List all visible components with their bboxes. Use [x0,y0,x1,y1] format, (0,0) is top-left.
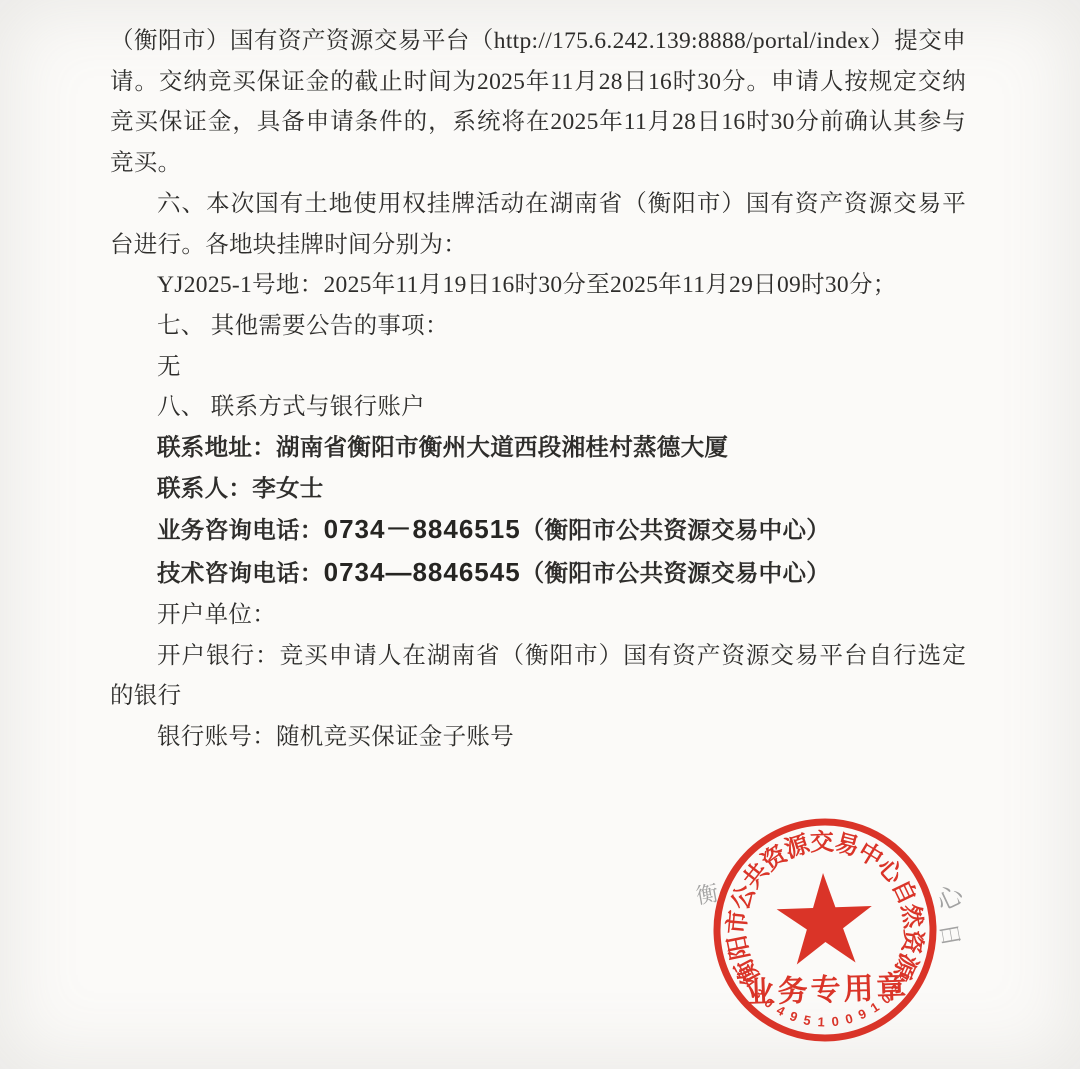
svg-text:9: 9 [788,1008,800,1025]
paragraph-contact-address: 联系地址：湖南省衡阳市衡州大道西段湘桂村蒸德大厦 [110,428,966,469]
business-phone-note: （衡阳市公共资源交易中心） [521,518,830,544]
business-phone-label: 业务咨询电话： [157,518,324,544]
svg-text:0: 0 [831,1014,840,1030]
seal-star-icon [775,871,873,965]
official-seal: 业务专用章 衡阳市公共资源交易中心自然资源 43049510091031 [701,806,949,1054]
paragraph-business-phone: 业务咨询电话：0734－8846515（衡阳市公共资源交易中心） [110,509,966,552]
paragraph-platform-submission: （衡阳市）国有资产资源交易平台（http://175.6.242.139:888… [110,21,966,184]
svg-text:1: 1 [817,1014,825,1029]
svg-text:然: 然 [896,902,928,931]
document-body: （衡阳市）国有资产资源交易平台（http://175.6.242.139:888… [110,21,966,758]
paragraph-listing-activity: 六、本次国有土地使用权挂牌活动在湖南省（衡阳市）国有资产资源交易平台进行。各地块… [110,184,966,265]
svg-text:交: 交 [809,829,834,857]
paragraph-none: 无 [110,347,966,388]
paragraph-other-matters-heading: 七、 其他需要公告的事项： [110,306,966,347]
business-phone-number: 0734－8846515 [324,514,521,544]
technical-phone-label: 技术咨询电话： [157,561,324,587]
svg-text:阳: 阳 [724,933,755,962]
paragraph-contact-person: 联系人：李女士 [110,469,966,510]
svg-text:5: 5 [802,1012,812,1028]
technical-phone-note: （衡阳市公共资源交易中心） [521,561,830,587]
paragraph-plot-yj2025-1-schedule: YJ2025-1号地：2025年11月19日16时30分至2025年11月29日… [110,265,966,306]
paragraph-account-unit: 开户单位： [110,595,966,636]
svg-text:9: 9 [856,1006,869,1023]
document-page: （衡阳市）国有资产资源交易平台（http://175.6.242.139:888… [0,0,1080,1069]
paragraph-bank-account-number: 银行账号：随机竞买保证金子账号 [110,717,966,758]
technical-phone-number: 0734—8846545 [324,557,521,587]
svg-text:0: 0 [844,1011,855,1027]
paragraph-account-bank: 开户银行：竞买申请人在湖南省（衡阳市）国有资产资源交易平台自行选定的银行 [110,636,966,717]
paragraph-contact-section-heading: 八、 联系方式与银行账户 [110,387,966,428]
paragraph-technical-phone: 技术咨询电话：0734—8846545（衡阳市公共资源交易中心） [110,552,966,595]
